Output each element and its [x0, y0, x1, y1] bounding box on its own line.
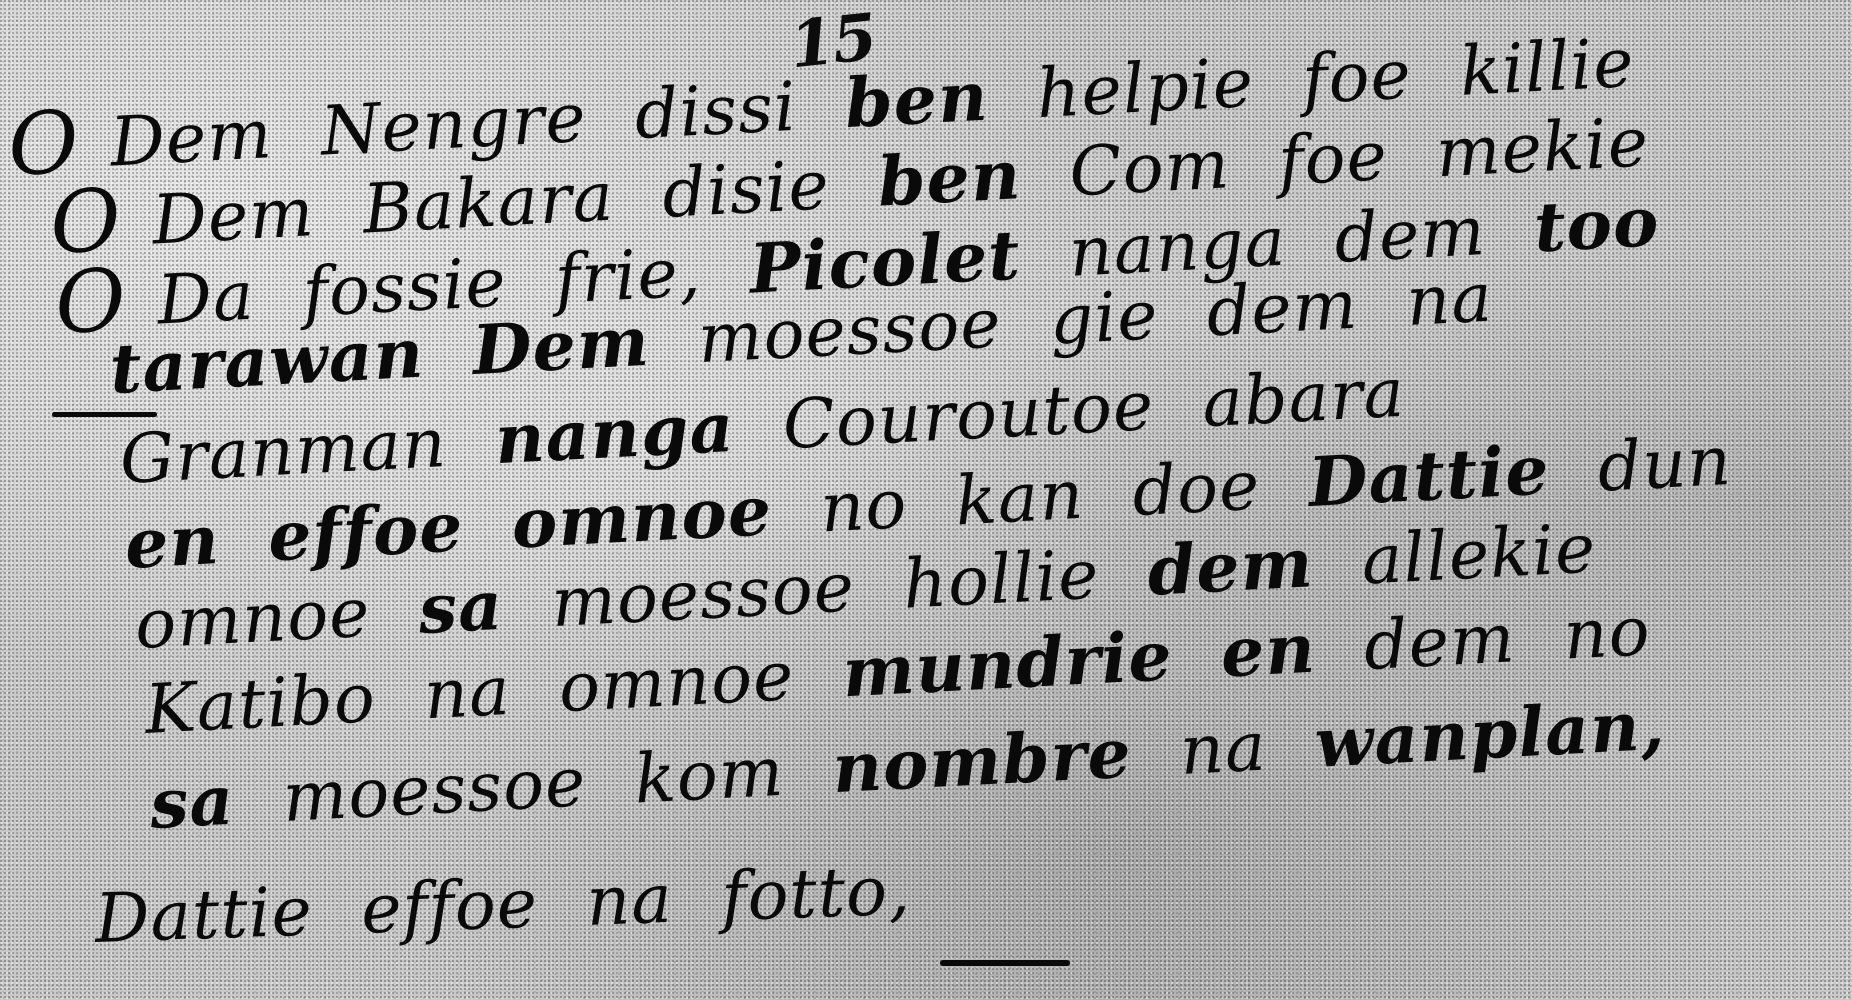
word: allekie	[1360, 509, 1598, 600]
word: Dattie	[94, 872, 314, 959]
word: moessoe	[549, 548, 856, 643]
word: nombre	[830, 714, 1133, 810]
word: na	[422, 652, 512, 735]
word: mundrie	[840, 616, 1174, 713]
word: nanga	[493, 388, 736, 480]
word: effoe	[360, 865, 539, 950]
margin-stroke	[52, 412, 157, 417]
manuscript-line-10: Dattie effoe na fotto,	[94, 851, 938, 959]
word: gie	[1048, 276, 1161, 361]
word: no	[818, 465, 909, 548]
word: kan	[954, 456, 1087, 542]
word: en	[1219, 609, 1318, 694]
word: Dattie	[1307, 430, 1552, 523]
word: sa	[148, 761, 236, 845]
word: dem	[1362, 599, 1517, 686]
word: Dem	[470, 302, 651, 391]
word: wanplan,	[1313, 686, 1667, 784]
word: kom	[633, 733, 787, 820]
word: omnoe	[133, 574, 372, 665]
word: dem	[1205, 266, 1360, 353]
word: dun	[1596, 422, 1734, 508]
word: omnoe	[510, 471, 774, 565]
word: hollie	[901, 536, 1101, 625]
word: sa	[417, 566, 505, 650]
word: moessoe	[696, 284, 1003, 379]
manuscript-page: 15 O Dem Nengre dissi ben helpie foe kil…	[0, 0, 1852, 1000]
word: Katibo	[143, 659, 378, 750]
word: too	[1532, 182, 1661, 268]
word: tarawan	[108, 314, 426, 410]
word: doe	[1130, 447, 1262, 533]
word: omnoe	[557, 637, 796, 728]
word: Couroutoe	[781, 367, 1156, 465]
word: fotto,	[720, 852, 912, 938]
word: na	[585, 860, 674, 942]
word: en	[123, 500, 222, 585]
word: dem	[1146, 523, 1316, 612]
word: abara	[1200, 354, 1407, 443]
word: moessoe	[281, 743, 588, 838]
word: effoe	[266, 487, 465, 577]
end-dash	[940, 960, 1070, 966]
word: na	[1178, 708, 1268, 791]
word: no	[1562, 592, 1653, 675]
word: na	[1404, 259, 1494, 342]
word: Granman	[118, 404, 449, 500]
